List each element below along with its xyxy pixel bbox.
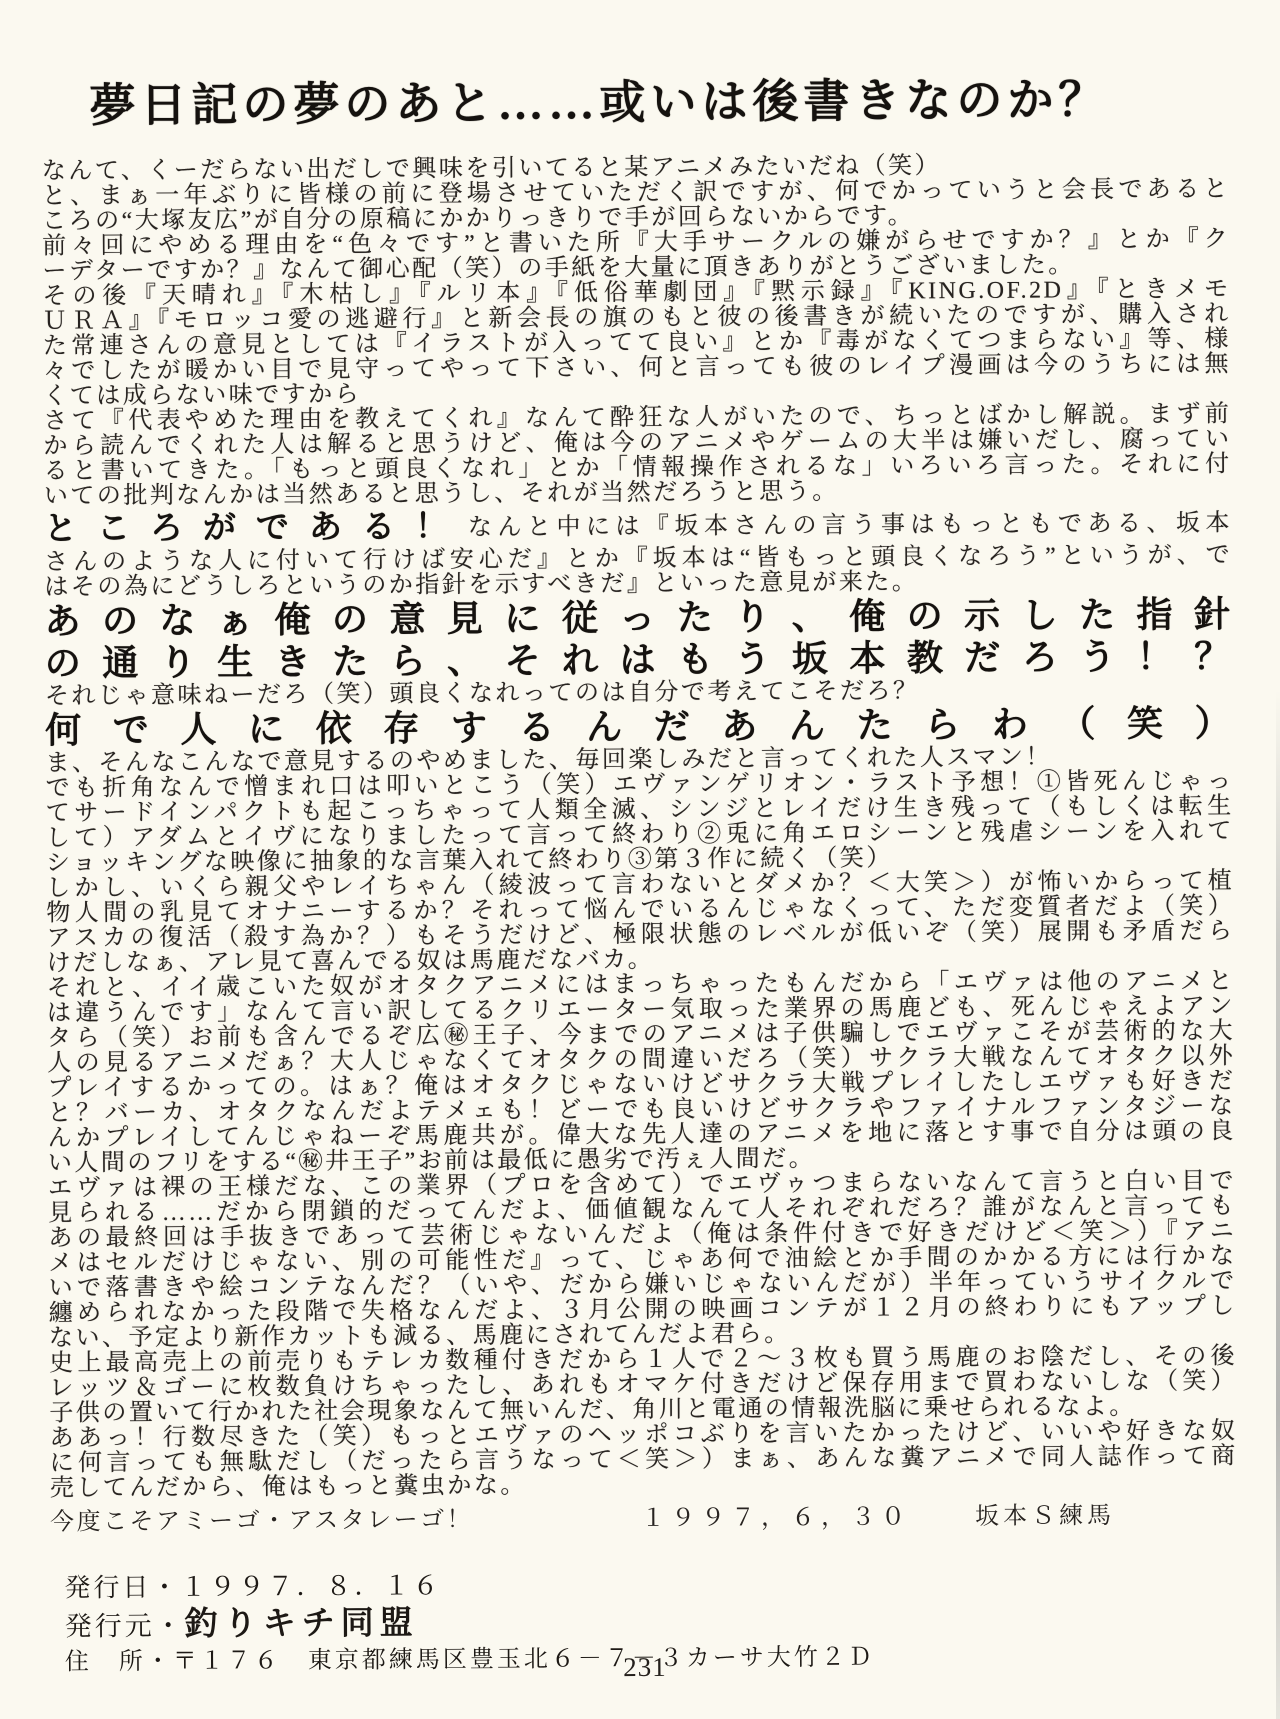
publisher-name: 釣りキチ同盟 [185,1605,419,1642]
signoff-date: １９９７，６，３０ [641,1502,911,1534]
page-number: 231 [5,1648,1280,1687]
issue-date-label: 発行日・ [64,1573,180,1603]
scan-edge-shadow [1276,690,1280,1719]
signoff-author: 坂本Ｓ練馬 [975,1501,1115,1532]
publisher-label: 発行元・ [65,1611,185,1642]
issue-date-value: １９９７．８．１６ [180,1571,441,1602]
signoff-row: 今度こそアミーゴ・アスタレーゴ！ １９９７，６，３０ 坂本Ｓ練馬 [50,1500,1238,1537]
scanned-doujinshi-page: { "page": { "title": "夢日記の夢のあと……或いは後書きなの… [0,0,1280,1719]
body-line: あのなぁ俺の意見に従ったり、俺の示した指針 [44,593,1232,642]
farewell-text: 今度こそアミーゴ・アスタレーゴ！ [50,1505,473,1538]
emphasis-lead-text: ところがである！ [44,509,468,548]
afterword-body-text: なんて、くーだらない出だしで興味を引いてると某アニメみたいだね（笑）と、まぁ一年… [42,152,1238,1501]
body-line: の通り生きたら、それはもう坂本教だろう！？ [45,635,1233,684]
body-line: 売してんだから、俺はもっと糞虫かな。 [50,1469,1238,1501]
colophon-publisher: 発行元・釣りキチ同盟 [65,1598,1245,1646]
page-title: 夢日記の夢のあと……或いは後書きなのか？ [89,62,1235,135]
page-sheet: 夢日記の夢のあと……或いは後書きなのか？ なんて、くーだらない出だしで興味を引い… [0,0,1280,1719]
body-line: 何で人に依存するんだあんたらわ（笑） [45,702,1233,751]
